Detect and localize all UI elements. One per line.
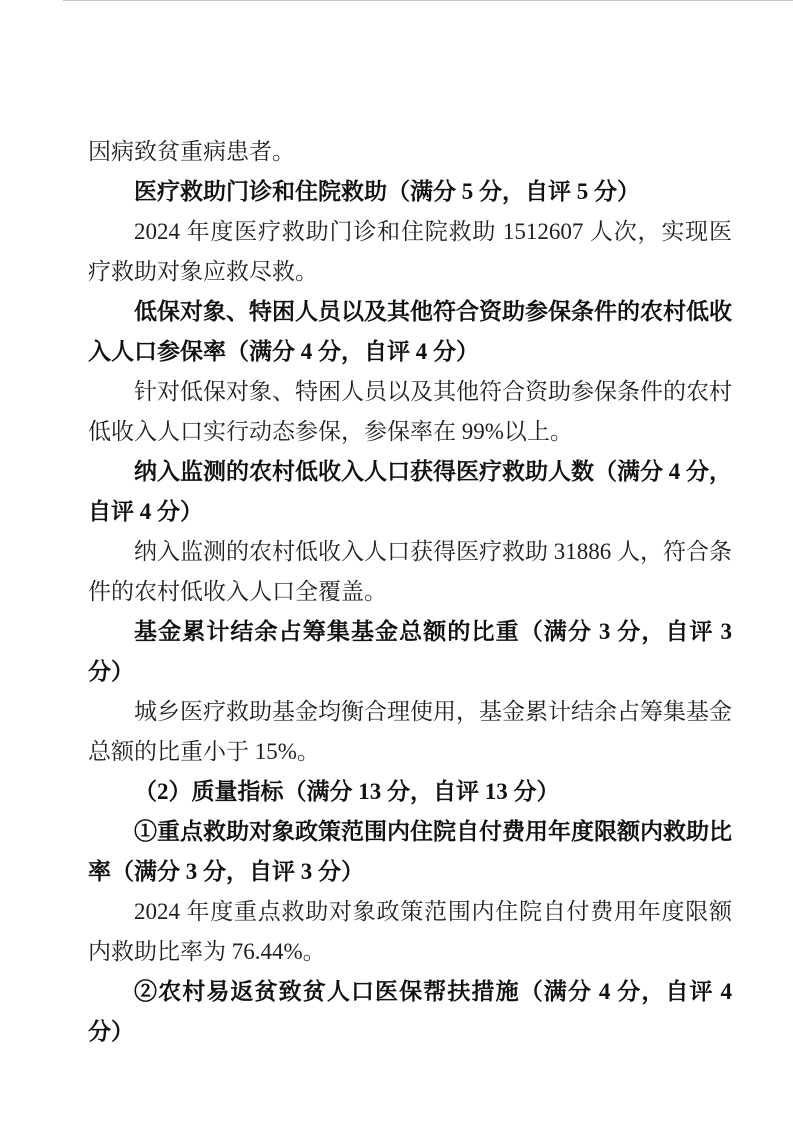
document-body: 因病致贫重病患者。 医疗救助门诊和住院救助（满分 5 分，自评 5 分） 202… <box>88 132 732 1052</box>
indicator-heading-monitored-population: 纳入监测的农村低收入人口获得医疗救助人数（满分 4 分，自评 4 分） <box>88 452 732 532</box>
body-paragraph-enrollment-rate: 针对低保对象、特困人员以及其他符合资助参保条件的农村低收入人口实行动态参保，参保… <box>88 372 732 452</box>
document-page: 因病致贫重病患者。 医疗救助门诊和住院救助（满分 5 分，自评 5 分） 202… <box>0 0 793 1122</box>
indicator-heading-enrollment-rate: 低保对象、特困人员以及其他符合资助参保条件的农村低收入人口参保率（满分 4 分，… <box>88 292 732 372</box>
indicator-heading-rural-poverty-support: ②农村易返贫致贫人口医保帮扶措施（满分 4 分，自评 4 分） <box>88 972 732 1052</box>
body-paragraph-fund-balance-ratio: 城乡医疗救助基金均衡合理使用，基金累计结余占筹集基金总额的比重小于 15%。 <box>88 692 732 772</box>
body-paragraph-monitored-population: 纳入监测的农村低收入人口获得医疗救助 31886 人，符合条件的农村低收入人口全… <box>88 532 732 612</box>
indicator-heading-outpatient-inpatient-assistance: 医疗救助门诊和住院救助（满分 5 分，自评 5 分） <box>88 172 732 212</box>
section-heading-quality-indicators: （2）质量指标（满分 13 分，自评 13 分） <box>88 772 732 812</box>
paragraph-continuation: 因病致贫重病患者。 <box>88 132 732 172</box>
indicator-heading-key-assistance-ratio: ①重点救助对象政策范围内住院自付费用年度限额内救助比率（满分 3 分，自评 3 … <box>88 812 732 892</box>
body-paragraph-assistance-count: 2024 年度医疗救助门诊和住院救助 1512607 人次，实现医疗救助对象应救… <box>88 212 732 292</box>
body-paragraph-key-assistance-ratio: 2024 年度重点救助对象政策范围内住院自付费用年度限额内救助比率为 76.44… <box>88 892 732 972</box>
indicator-heading-fund-balance-ratio: 基金累计结余占筹集基金总额的比重（满分 3 分，自评 3 分） <box>88 612 732 692</box>
page-top-edge-line <box>63 0 793 1</box>
